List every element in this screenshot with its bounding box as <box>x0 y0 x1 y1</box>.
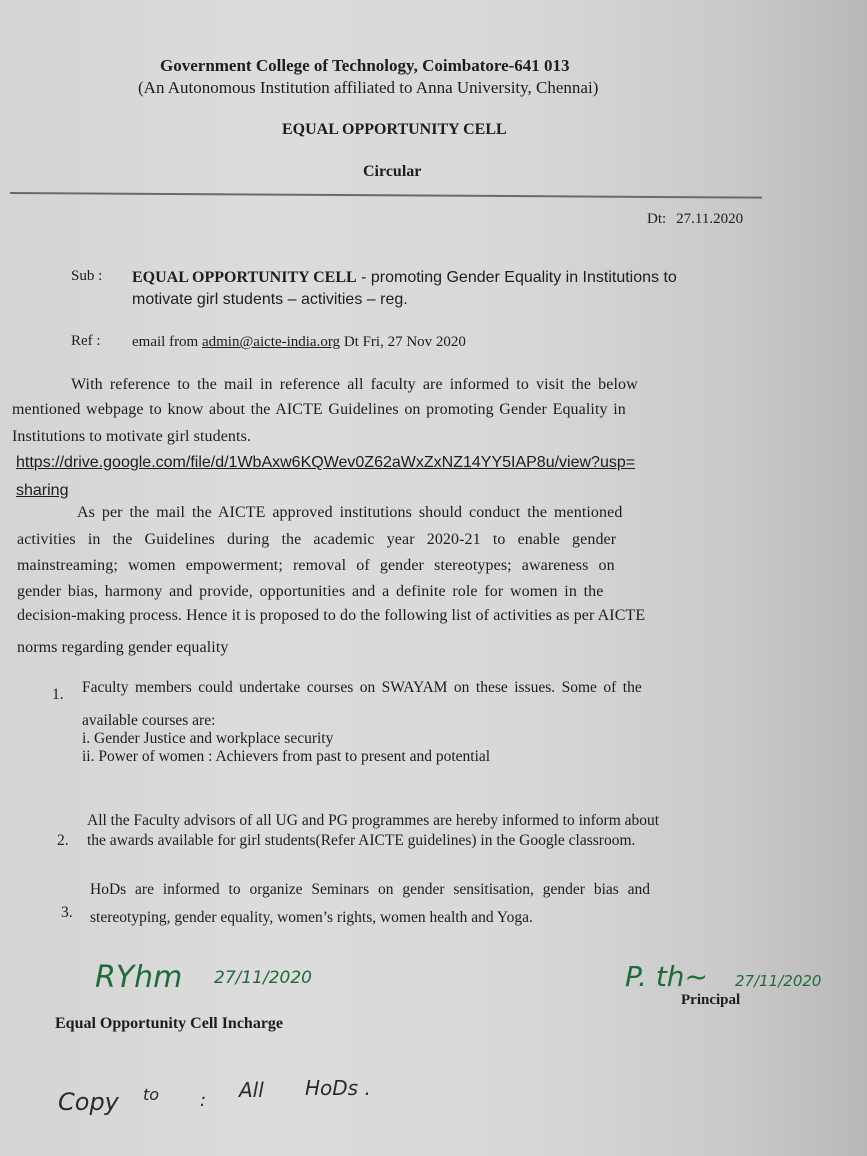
paragraph-1-line: With reference to the mail in reference … <box>71 376 638 394</box>
paragraph-2-line: norms regarding gender equality <box>17 639 228 657</box>
activity-number: 2. <box>57 832 69 850</box>
activity-number: 1. <box>52 686 64 704</box>
activity-1-line: available courses are: <box>82 712 215 730</box>
activity-2-line: All the Faculty advisors of all UG and P… <box>87 812 659 830</box>
guidelines-link-continued[interactable]: sharing <box>16 482 68 500</box>
paragraph-2-line: decision-making process. Hence it is pro… <box>17 607 645 625</box>
subject-line-2: motivate girl students – activities – re… <box>132 291 408 309</box>
circular-document: Government College of Technology, Coimba… <box>0 0 867 1156</box>
cell-title: EQUAL OPPORTUNITY CELL <box>282 121 507 139</box>
copy-separator: : <box>200 1090 206 1111</box>
copy-recipient-hods: HoDs . <box>305 1076 371 1100</box>
incharge-signature-date: 27/11/2020 <box>214 968 312 988</box>
subject-label: Sub : <box>71 268 102 285</box>
reference-suffix: Dt Fri, 27 Nov 2020 <box>340 334 466 350</box>
copy-to-word: to <box>143 1085 159 1104</box>
copy-label: Copy <box>58 1088 119 1116</box>
institution-affiliation: (An Autonomous Institution affiliated to… <box>138 78 598 98</box>
activity-number: 3. <box>61 904 73 922</box>
principal-signature: P. th~ <box>625 960 708 993</box>
incharge-title: Equal Opportunity Cell Incharge <box>55 1015 283 1033</box>
guidelines-link[interactable]: https://drive.google.com/file/d/1WbAxw6K… <box>16 454 635 472</box>
paragraph-2-line: activities in the Guidelines during the … <box>17 531 616 549</box>
subject-bold: EQUAL OPPORTUNITY CELL <box>132 269 357 286</box>
activity-3-line: stereotyping, gender equality, women’s r… <box>90 909 533 927</box>
principal-title: Principal <box>681 992 740 1009</box>
reference-label: Ref : <box>71 333 101 350</box>
copy-recipient-all: All <box>239 1078 264 1102</box>
paragraph-2-line: mainstreaming; women empowerment; remova… <box>17 557 615 575</box>
principal-signature-date: 27/11/2020 <box>735 972 821 990</box>
activity-2-line: the awards available for girl students(R… <box>87 832 635 850</box>
subject-line-1: EQUAL OPPORTUNITY CELL - promoting Gende… <box>132 269 677 287</box>
date-value: 27.11.2020 <box>676 211 743 227</box>
subject-rest: - promoting Gender Equality in Instituti… <box>357 269 677 286</box>
header-divider <box>10 192 762 199</box>
institution-name: Government College of Technology, Coimba… <box>160 56 570 76</box>
reference-email[interactable]: admin@aicte-india.org <box>202 334 340 350</box>
reference-prefix: email from <box>132 334 202 350</box>
paragraph-1-line: Institutions to motivate girl students. <box>12 428 251 446</box>
date-label: Dt: <box>647 211 666 227</box>
document-type: Circular <box>363 163 421 181</box>
paragraph-2-line: gender bias, harmony and provide, opport… <box>17 583 604 601</box>
activity-1-line: Faculty members could undertake courses … <box>82 679 642 697</box>
circular-date: Dt:27.11.2020 <box>647 211 743 228</box>
paragraph-1-line: mentioned webpage to know about the AICT… <box>12 401 626 419</box>
activity-3-line: HoDs are informed to organize Seminars o… <box>90 881 650 899</box>
incharge-signature: RYhm <box>95 960 182 995</box>
course-item: ii. Power of women : Achievers from past… <box>82 748 490 766</box>
paragraph-2-line: As per the mail the AICTE approved insti… <box>77 504 622 522</box>
course-item: i. Gender Justice and workplace security <box>82 730 333 748</box>
reference-line: email from admin@aicte-india.org Dt Fri,… <box>132 334 466 351</box>
